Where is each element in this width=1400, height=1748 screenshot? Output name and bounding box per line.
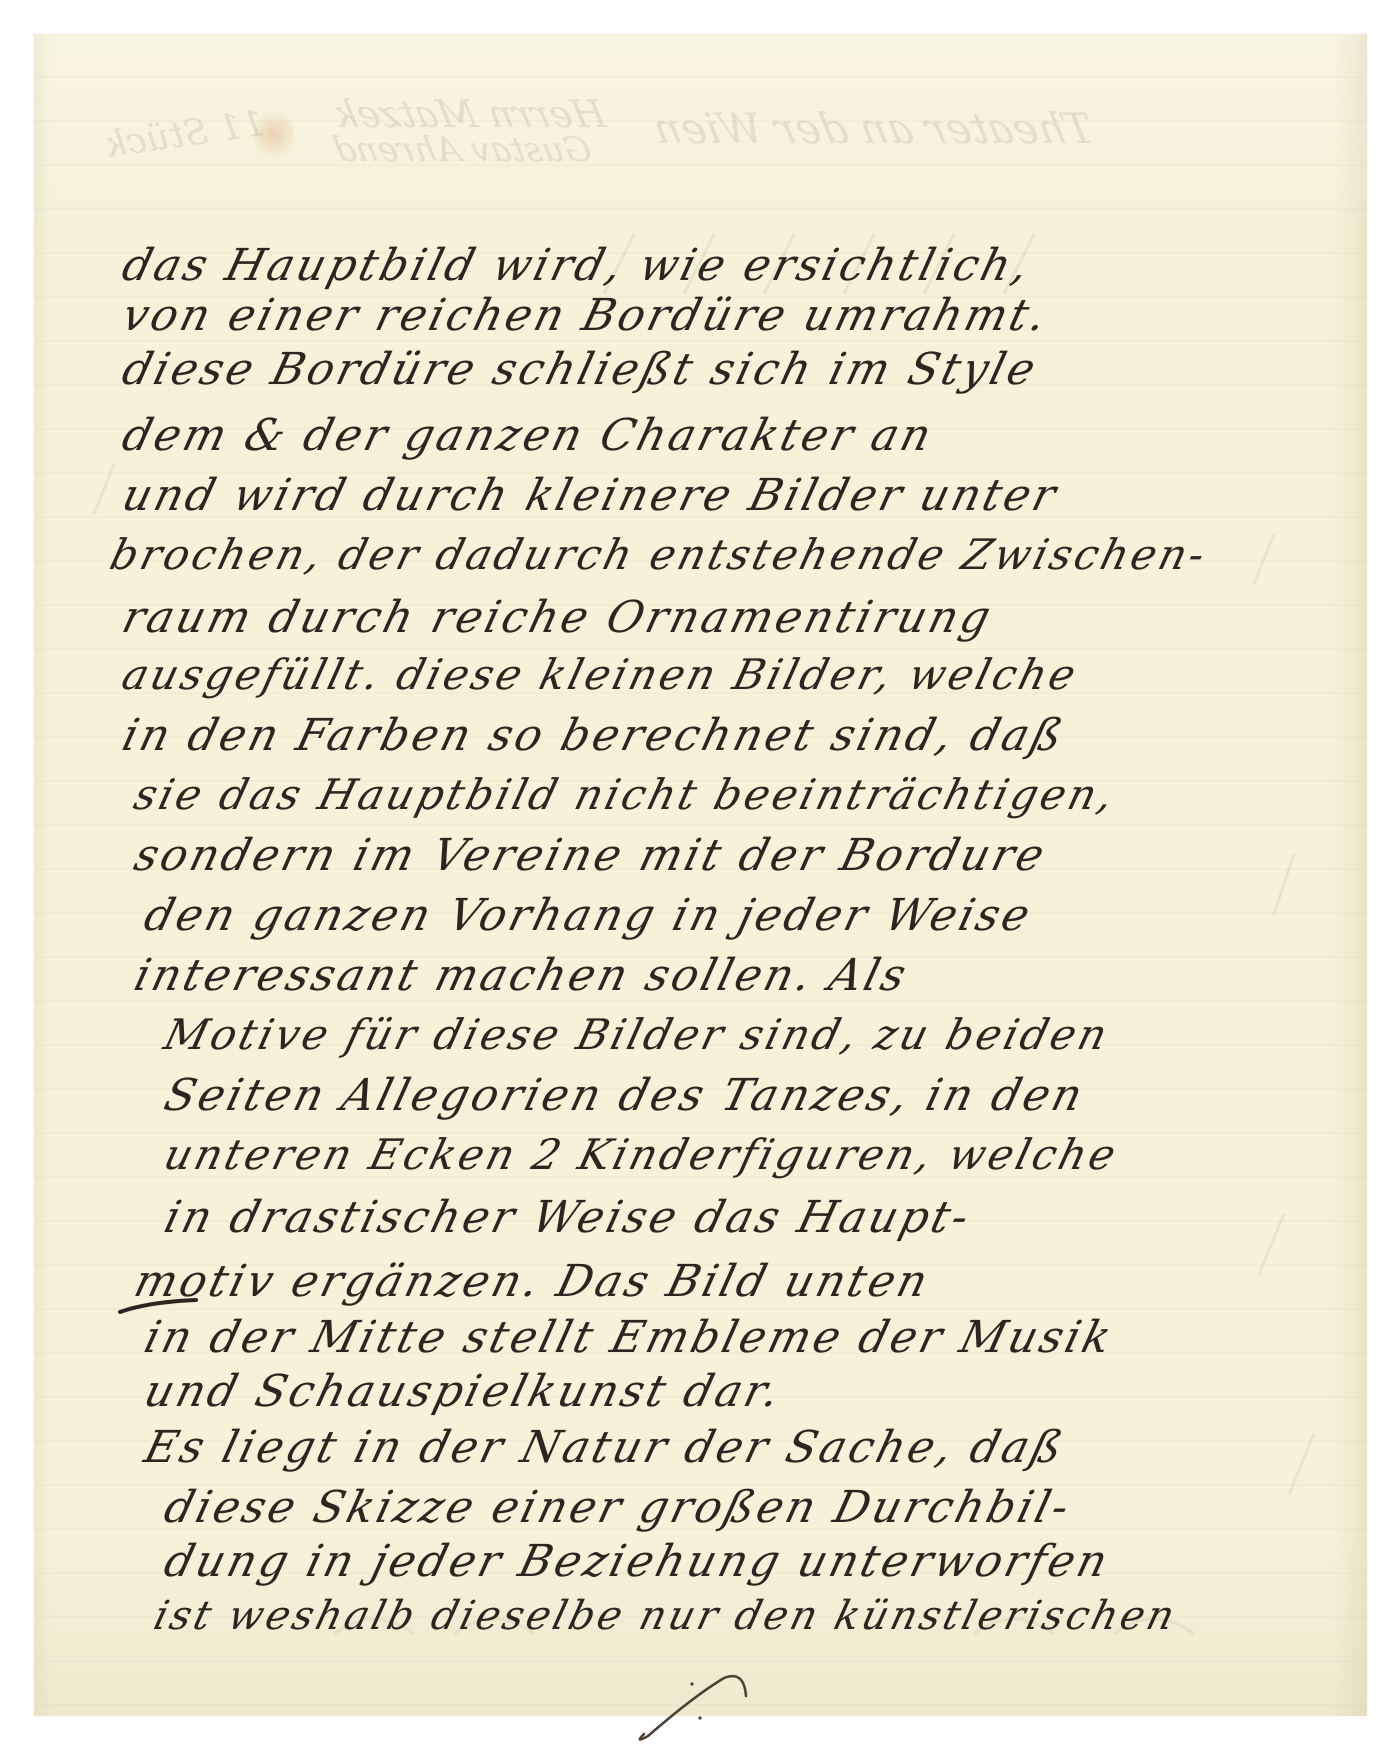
letter-line: motiv ergänzen. Das Bild unten [130,1260,935,1304]
letter-line: sie das Hauptbild nicht beeinträchtigen, [130,774,1120,816]
letter-line: und Schauspielkunst dar. [140,1370,787,1414]
letter-line: in den Farben so berechnet sind, daß [118,714,1070,758]
letter-line: dem & der ganzen Charakter an [118,414,938,458]
letter-line: diese Bordüre schließt sich im Style [118,348,1042,392]
closing-flourish-icon [634,1666,754,1746]
letter-line: Es liegt in der Natur der Sache, daß [140,1426,1069,1470]
letter-line: diese Skizze einer großen Durchbil- [160,1486,1076,1530]
letter-line: das Hauptbild wird, wie ersichtlich, [118,244,1035,288]
letter-body: das Hauptbild wird, wie ersichtlich, von… [34,34,1367,1716]
letter-line: den ganzen Vorhang in jeder Weise [140,894,1037,938]
letter-line: und wird durch kleinere Bilder unter [118,474,1063,518]
letter-line: brochen, der dadurch entstehende Zwische… [106,534,1212,576]
letter-line: unteren Ecken 2 Kinderfiguren, welche [160,1134,1123,1176]
letter-line: interessant machen sollen. Als [130,954,913,998]
letter-page: Herrn Matzek Gustav Ahrend Theater an de… [34,34,1367,1716]
letter-line: Seiten Allegorien des Tanzes, in den [160,1074,1089,1118]
letter-line: raum durch reiche Ornamentirung [118,596,997,640]
letter-line: sondern im Vereine mit der Bordure [130,834,1051,878]
letter-line: von einer reichen Bordüre umrahmt. [118,294,1053,338]
letter-line: in drastischer Weise das Haupt- [160,1196,976,1240]
letter-line: ist weshalb dieselbe nur den künstlerisc… [150,1596,1181,1636]
ink-stroke [118,1296,198,1316]
letter-line: dung in jeder Beziehung unterworfen [160,1540,1114,1584]
letter-line: ausgefüllt. diese kleinen Bilder, welche [118,654,1083,696]
letter-line: Motive für diese Bilder sind, zu beiden [160,1014,1114,1056]
letter-line: in der Mitte stellt Embleme der Musik [140,1316,1118,1360]
